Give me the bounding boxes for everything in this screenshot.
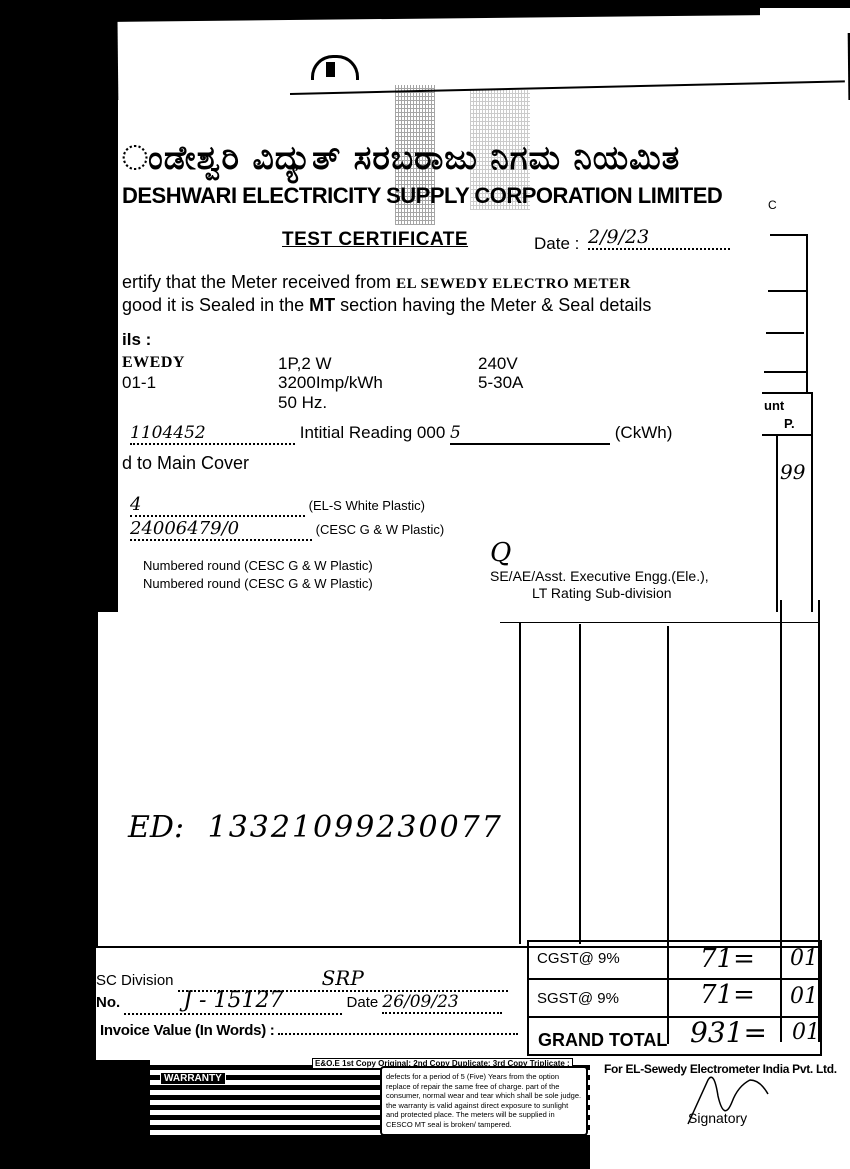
side-table-border	[770, 234, 808, 236]
officer-initial: Q	[490, 538, 511, 568]
details-heading: ils :	[122, 330, 151, 350]
totals-rule	[527, 978, 822, 980]
date-label: Date :	[534, 234, 579, 254]
reading-unit: (CkWh)	[615, 423, 673, 442]
note-number: 13321099230077	[208, 810, 503, 845]
meter-serial-value: 1104452	[130, 423, 295, 445]
seal-row-1: 4 (EL-S White Plastic)	[130, 494, 425, 517]
paise-value: 99	[780, 460, 805, 484]
date-value: 2/9/23	[588, 226, 730, 250]
side-table-rule	[762, 434, 812, 436]
officer-designation: SE/AE/Asst. Executive Engg.(Ele.),	[490, 568, 709, 584]
seal-type: (CESC G & W Plastic)	[316, 522, 445, 537]
meter-make: EWEDY	[122, 354, 185, 372]
sgst-paise: 01	[790, 984, 818, 1009]
cgst-paise: 01	[790, 946, 818, 971]
cgst-rupees: 71=	[700, 944, 755, 974]
voltage: 240V	[478, 354, 518, 374]
lower-table-top	[500, 622, 820, 623]
note-prefix: ED:	[128, 810, 184, 845]
seal-value: 4	[130, 494, 305, 517]
phase-wire: 1P,2 W	[278, 354, 332, 374]
table-column-line	[780, 600, 782, 1042]
meter-model: 01-1	[122, 373, 156, 393]
totals-border	[527, 940, 529, 1055]
corner-mark: C	[768, 198, 777, 212]
current-rating: 5-30A	[478, 373, 523, 393]
sgst-label: SGST@ 9%	[537, 990, 619, 1007]
paise-header: P.	[784, 416, 795, 431]
grand-total-label: GRAND TOTAL	[538, 1030, 667, 1051]
initial-reading-value: 5	[450, 423, 610, 445]
grand-total-paise: 01	[792, 1020, 820, 1045]
invoice-number-row: No. J - 15127 Date 26/09/23	[96, 988, 502, 1015]
section-text: section having the Meter & Seal details	[340, 295, 651, 315]
signature-icon	[680, 1066, 800, 1126]
amount-header: unt	[764, 398, 784, 413]
table-column-line	[579, 624, 581, 944]
totals-rule	[527, 1054, 822, 1056]
frequency: 50 Hz.	[278, 393, 327, 413]
certify-line-1: ertify that the Meter received from EL S…	[122, 272, 631, 293]
value-in-words-label: Invoice Value (In Words) :	[100, 1022, 274, 1039]
certificate-title: TEST CERTIFICATE	[282, 229, 468, 251]
impulse-rate: 3200Imp/kWh	[278, 373, 383, 393]
corporation-name: DESHWARI ELECTRICITY SUPPLY CORPORATION …	[122, 183, 722, 209]
kannada-title: ಂಡೇಶ್ವರಿ ವಿದ್ಯುತ್ ಸರಬರಾಜು ನಿಗಮ ನಿಯಮಿತ	[122, 138, 680, 178]
value-in-words-field	[278, 1033, 518, 1035]
sgst-rupees: 71=	[700, 980, 755, 1010]
side-table-border	[776, 434, 778, 612]
main-cover-label: d to Main Cover	[122, 453, 249, 474]
seal-row-4: Numbered round (CESC G & W Plastic)	[143, 576, 373, 591]
table-column-line	[667, 626, 669, 1044]
side-table-rule	[766, 332, 804, 334]
certify-text: ertify that the Meter received from	[122, 272, 391, 292]
side-table-border	[811, 392, 813, 612]
totals-border	[820, 940, 822, 1055]
side-table-rule	[768, 290, 806, 292]
totals-rule	[527, 940, 822, 942]
subdivision: LT Rating Sub-division	[532, 585, 672, 601]
invoice-date-value: 26/09/23	[382, 992, 502, 1014]
side-table-rule	[764, 371, 806, 373]
seal-row-3: Numbered round (CESC G & W Plastic)	[143, 558, 373, 573]
handwritten-note: ED: 13321099230077	[128, 810, 503, 845]
invoice-number-label: No.	[96, 994, 120, 1011]
seal-type: (EL-S White Plastic)	[309, 498, 425, 513]
warranty-title: WARRANTY	[160, 1072, 226, 1085]
table-left-border	[96, 612, 98, 947]
cgst-label: CGST@ 9%	[537, 950, 620, 967]
sealed-text: good it is Sealed in the	[122, 295, 304, 315]
side-table-border	[806, 234, 808, 394]
grand-total-rupees: 931=	[690, 1016, 767, 1049]
serial-row: 1104452 Intitial Reading 000 5 (CkWh)	[130, 423, 672, 445]
value-in-words-row: Invoice Value (In Words) :	[100, 1022, 518, 1039]
certify-line-2: good it is Sealed in the MT section havi…	[122, 295, 651, 316]
warranty-text: defects for a period of 5 (Five) Years f…	[380, 1066, 588, 1136]
side-table-rule	[762, 392, 812, 394]
seal-row-2: 24006479/0 (CESC G & W Plastic)	[130, 518, 444, 541]
totals-rule	[527, 1016, 822, 1018]
division-label: SC Division	[96, 972, 174, 989]
initial-reading-label: Intitial Reading 000	[300, 423, 446, 442]
section-code: MT	[309, 295, 335, 315]
invoice-number-value: J - 15127	[124, 988, 342, 1015]
seal-value: 24006479/0	[130, 518, 312, 541]
invoice-date-label: Date	[347, 994, 379, 1011]
vendor-name: EL SEWEDY ELECTRO METER	[396, 276, 631, 292]
table-column-line	[519, 622, 521, 944]
